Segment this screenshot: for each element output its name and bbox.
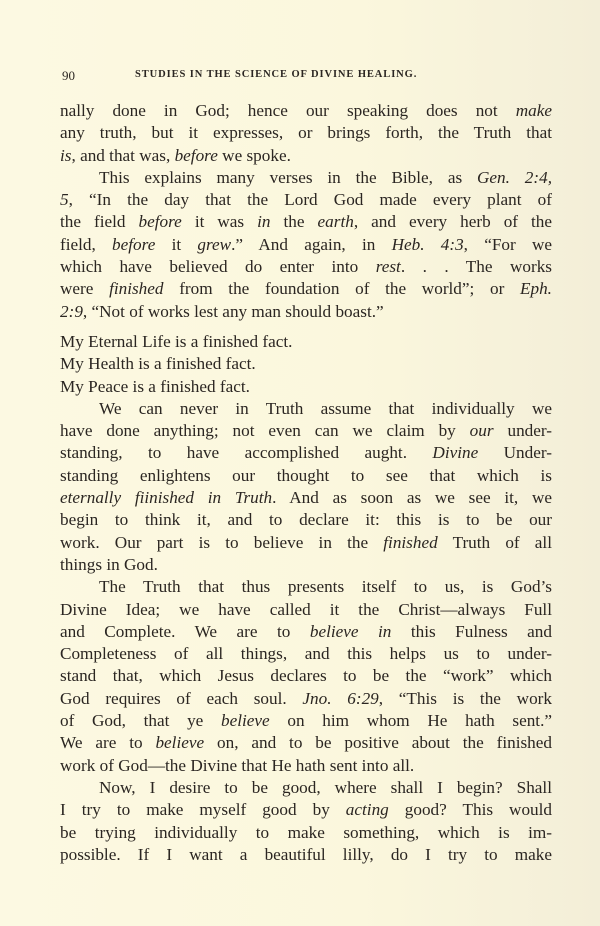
emphasis: believe: [155, 733, 204, 752]
emphasis: rest: [376, 257, 401, 276]
text-line: God requires of each soul. Jno. 6:29, “T…: [60, 688, 552, 710]
text-line: Completeness of all things, and this hel…: [60, 643, 552, 665]
emphasis: Jno. 6:29: [302, 689, 378, 708]
text-line: This explains many verses in the Bible, …: [60, 167, 552, 189]
text-line: 2:9, “Not of works lest any man should b…: [60, 301, 552, 323]
emphasis: finished: [383, 533, 437, 552]
text-line: standing, to have accomplished aught. Di…: [60, 442, 552, 464]
paragraph-p4: The Truth that thus presents itself to u…: [60, 576, 552, 777]
text-line: things in God.: [60, 554, 552, 576]
text-line: is, and that was, before we spoke.: [60, 145, 552, 167]
affirmation-line: My Health is a finished fact.: [60, 353, 552, 375]
text-line: I try to make myself good by acting good…: [60, 799, 552, 821]
emphasis: finished: [109, 279, 163, 298]
emphasis: in: [257, 212, 270, 231]
emphasis: before: [112, 235, 155, 254]
emphasis: Eph.: [520, 279, 552, 298]
emphasis: is: [60, 146, 71, 165]
paragraphs-before-affirmations: nally done in God; hence our speaking do…: [60, 100, 552, 323]
emphasis: 2:9: [60, 302, 83, 321]
text-line: which have believed do enter into rest. …: [60, 256, 552, 278]
affirmation-line: My Eternal Life is a finished fact.: [60, 331, 552, 353]
paragraph-p2: This explains many verses in the Bible, …: [60, 167, 552, 323]
emphasis: before: [175, 146, 218, 165]
text-line: Now, I desire to be good, where shall I …: [60, 777, 552, 799]
paragraphs-after-affirmations: We can never in Truth assume that indivi…: [60, 398, 552, 866]
body-text: nally done in God; hence our speaking do…: [60, 100, 552, 866]
emphasis: believe in: [310, 622, 392, 641]
text-line: We can never in Truth assume that indivi…: [60, 398, 552, 420]
page-number: 90: [62, 68, 75, 84]
running-title: STUDIES IN THE SCIENCE OF DIVINE HEALING…: [135, 69, 417, 80]
emphasis: eternally fiinished in Truth: [60, 488, 272, 507]
text-line: We are to believe on, and to be positive…: [60, 732, 552, 754]
text-line: field, before it grew.” And again, in He…: [60, 234, 552, 256]
paragraph-p1: nally done in God; hence our speaking do…: [60, 100, 552, 167]
text-line: work. Our part is to believe in the fini…: [60, 532, 552, 554]
text-line: work of God—the Divine that He hath sent…: [60, 755, 552, 777]
text-line: were finished from the foundation of the…: [60, 278, 552, 300]
text-line: stand that, which Jesus declares to be t…: [60, 665, 552, 687]
text-line: have done anything; not even can we clai…: [60, 420, 552, 442]
paragraph-p3: We can never in Truth assume that indivi…: [60, 398, 552, 576]
emphasis: Gen. 2:4,: [477, 168, 552, 187]
text-line: Divine Idea; we have called it the Chris…: [60, 599, 552, 621]
text-line: eternally fiinished in Truth. And as soo…: [60, 487, 552, 509]
text-line: possible. If I want a beautiful lilly, d…: [60, 844, 552, 866]
emphasis: make: [516, 101, 552, 120]
text-line: be trying individually to make something…: [60, 822, 552, 844]
affirmation-line: My Peace is a finished fact.: [60, 376, 552, 398]
text-line: The Truth that thus presents itself to u…: [60, 576, 552, 598]
text-line: and Complete. We are to believe in this …: [60, 621, 552, 643]
emphasis: 5: [60, 190, 69, 209]
text-line: of God, that ye believe on him whom He h…: [60, 710, 552, 732]
emphasis: our: [470, 421, 494, 440]
text-line: begin to think it, and to declare it: th…: [60, 509, 552, 531]
emphasis: grew: [197, 235, 231, 254]
text-line: the field before it was in the earth, an…: [60, 211, 552, 233]
text-line: standing enlightens our thought to see t…: [60, 465, 552, 487]
running-header: 90 STUDIES IN THE SCIENCE OF DIVINE HEAL…: [60, 68, 552, 88]
emphasis: believe: [221, 711, 270, 730]
emphasis: acting: [346, 800, 389, 819]
emphasis: before: [139, 212, 182, 231]
emphasis: earth: [318, 212, 354, 231]
paragraph-p5: Now, I desire to be good, where shall I …: [60, 777, 552, 866]
emphasis: Divine: [432, 443, 478, 462]
emphasis: Heb. 4:3: [392, 235, 464, 254]
text-line: any truth, but it expresses, or brings f…: [60, 122, 552, 144]
text-line: nally done in God; hence our speaking do…: [60, 100, 552, 122]
text-line: 5, “In the day that the Lord God made ev…: [60, 189, 552, 211]
